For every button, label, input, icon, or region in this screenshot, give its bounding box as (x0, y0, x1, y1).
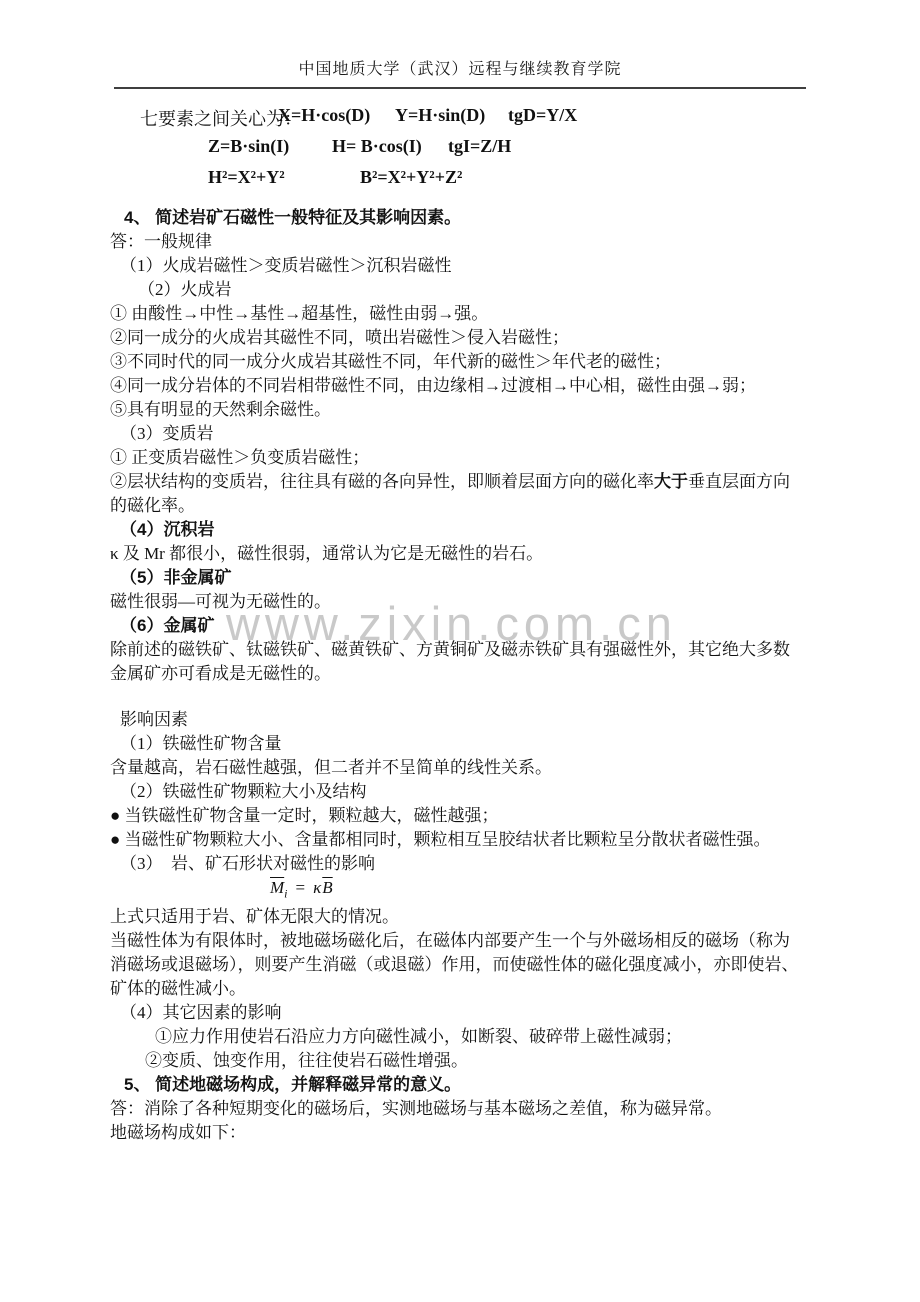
relation-y: Y=H·sin(D) (395, 105, 485, 126)
q4-rule-4-heading: （4）沉积岩 (110, 518, 830, 542)
factor-1-body: 含量越高，岩石磁性越强，但二者并不呈简单的线性关系。 (110, 756, 830, 780)
aniso-text-post: 垂直层面方向 (688, 472, 790, 491)
q4-igneous-item-2: ②同一成分的火成岩其磁性不同，喷出岩磁性＞侵入岩磁性； (110, 326, 830, 350)
factor-3-para-line1: 当磁性体为有限体时，被地磁场磁化后，在磁体内部要产生一个与外磁场相反的磁场（称为 (110, 929, 830, 953)
factor-2-heading: （2）铁磁性矿物颗粒大小及结构 (110, 780, 830, 804)
relation-h: H= B·cos(I) (332, 136, 422, 157)
relation-tgi: tgI=Z/H (448, 136, 511, 157)
factor-3-para-line2: 消磁场或退磁场），则要产生消磁（或退磁）作用，而使磁性体的磁化强度减小，亦即使岩… (110, 953, 830, 977)
formula-vector-m: M (270, 878, 284, 897)
q4-metal-body-line2: 金属矿亦可看成是无磁性的。 (110, 662, 830, 686)
q5-tail: 地磁场构成如下： (110, 1121, 830, 1145)
q4-metamorphic-item-2-wrap: 的磁化率。 (110, 494, 830, 518)
q4-metamorphic-item-2: ②层状结构的变质岩，往往具有磁的各向异性，即顺着层面方向的磁化率大于垂直层面方向 (110, 470, 830, 494)
q4-igneous-item-3: ③不同时代的同一成分火成岩其磁性不同，年代新的磁性＞年代老的磁性； (110, 350, 830, 374)
q4-rule-2-heading: （2）火成岩 (110, 278, 830, 302)
document-page: www.zixin.com.cn 中国地质大学（武汉）远程与继续教育学院 七要素… (0, 0, 920, 1302)
document-body: 4、 简述岩矿石磁性一般特征及其影响因素。 答：一般规律 （1）火成岩磁性＞变质… (110, 206, 830, 1145)
factor-3-heading: （3） 岩、矿石形状对磁性的影响 (110, 852, 830, 876)
header-rule (114, 87, 806, 89)
relation-tgd: tgD=Y/X (508, 105, 577, 126)
q4-rule-3-heading: （3）变质岩 (110, 422, 830, 446)
formula-subscript-i: i (284, 886, 287, 900)
q4-rule-1: （1）火成岩磁性＞变质岩磁性＞沉积岩磁性 (110, 254, 830, 278)
factor-4-item-2: ②变质、蚀变作用，往往使岩石磁性增强。 (110, 1049, 830, 1073)
formula-vector-b: B (322, 878, 332, 897)
factor-4-item-1: ①应力作用使岩石沿应力方向磁性减小，如断裂、破碎带上磁性减弱； (110, 1025, 830, 1049)
question-4-title: 4、 简述岩矿石磁性一般特征及其影响因素。 (110, 206, 830, 230)
relation-b2: B²=X²+Y²+Z² (360, 167, 462, 188)
q4-igneous-item-4: ④同一成分岩体的不同岩相带磁性不同，由边缘相→过渡相→中心相，磁性由强→弱； (110, 374, 830, 398)
formula-kappa: κ (313, 878, 322, 897)
q4-rule-5-heading: （5）非金属矿 (110, 566, 830, 590)
q5-answer: 答：消除了各种短期变化的磁场后，实测地磁场与基本磁场之差值，称为磁异常。 (110, 1097, 830, 1121)
question-5-title: 5、 简述地磁场构成，并解释磁异常的意义。 (110, 1073, 830, 1097)
factor-1-heading: （1）铁磁性矿物含量 (110, 732, 830, 756)
page-header-title: 中国地质大学（武汉）远程与继续教育学院 (0, 0, 920, 79)
factor-2-bullet-1: ● 当铁磁性矿物含量一定时，颗粒越大，磁性越强； (110, 804, 830, 828)
aniso-bold-emphasis: 大于 (654, 472, 688, 491)
formula-equals: = (288, 878, 314, 897)
q4-metal-body-line1: 除前述的磁铁矿、钛磁铁矿、磁黄铁矿、方黄铜矿及磁赤铁矿具有强磁性外，其它绝大多数 (110, 638, 830, 662)
factor-3-note: 上式只适用于岩、矿体无限大的情况。 (110, 905, 830, 929)
factor-3-para-line3: 矿体的磁性减小。 (110, 977, 830, 1001)
q4-sedimentary-body: κ 及 Mr 都很小，磁性很弱，通常认为它是无磁性的岩石。 (110, 542, 830, 566)
section-gap (110, 686, 830, 708)
relation-z: Z=B·sin(I) (208, 136, 289, 157)
aniso-text-pre: ②层状结构的变质岩，往往具有磁的各向异性，即顺着层面方向的磁化率 (110, 472, 654, 491)
q4-igneous-item-1: ① 由酸性→中性→基性→超基性，磁性由弱→强。 (110, 302, 830, 326)
factor-2-bullet-2: ● 当磁性矿物颗粒大小、含量都相同时，颗粒相互呈胶结状者比颗粒呈分散状者磁性强。 (110, 828, 830, 852)
relations-block: 七要素之间关心为： X=H·cos(D) Y=H·sin(D) tgD=Y/X … (0, 105, 920, 198)
q4-nonmetal-body: 磁性很弱—可视为无磁性的。 (110, 590, 830, 614)
relation-h2: H²=X²+Y² (208, 167, 285, 188)
q4-igneous-item-5: ⑤具有明显的天然剩余磁性。 (110, 398, 830, 422)
magnetization-formula: Mi=κB (110, 876, 830, 905)
q4-metamorphic-item-1: ① 正变质岩磁性＞负变质岩磁性； (110, 446, 830, 470)
relation-x: X=H·cos(D) (278, 105, 370, 126)
q4-answer-label: 答：一般规律 (110, 230, 830, 254)
q4-rule-6-heading: （6）金属矿 (110, 614, 830, 638)
factor-4-heading: （4）其它因素的影响 (110, 1001, 830, 1025)
factors-title: 影响因素 (110, 708, 830, 732)
